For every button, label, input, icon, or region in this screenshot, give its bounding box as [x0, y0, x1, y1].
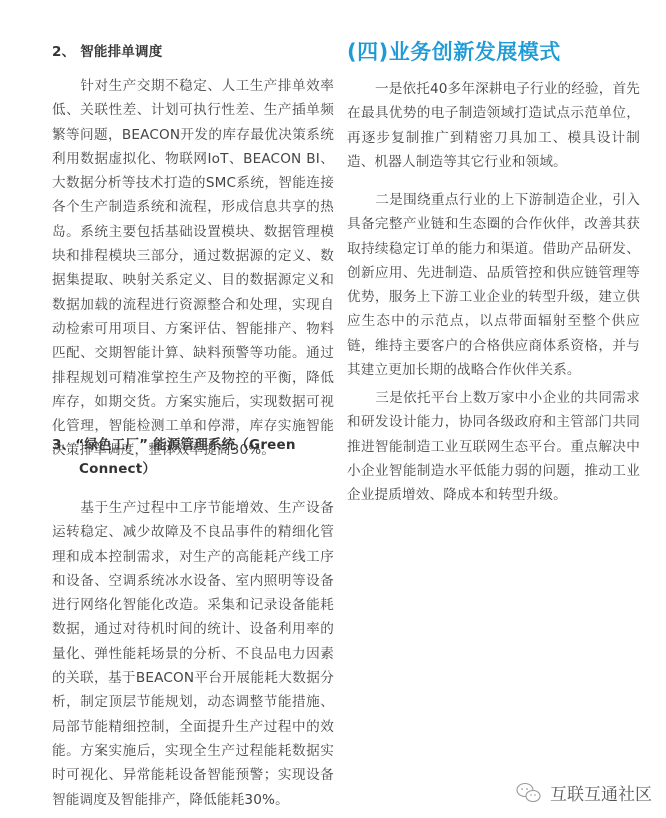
section-3-heading-line1: 3、“绿色工厂” 能源管理系统（Green — [52, 433, 296, 453]
right-paragraph-3: 三是依托平台上数万家中小企业的共同需求和研发设计能力，协同各级政府和主管部门共同… — [347, 386, 640, 507]
watermark-text: 互联互通社区 — [550, 780, 652, 805]
section-title: (四)业务创新发展模式 — [347, 36, 561, 66]
watermark: 互联互通社区 — [516, 780, 652, 805]
right-paragraph-1-text: 一是依托40多年深耕电子行业的经验，首先在最具优势的电子制造领域打造试点示范单位… — [347, 81, 640, 170]
right-paragraph-2: 二是围绕重点行业的上下游制造企业，引入具备完整产业链和生态圈的合作伙伴，改善其获… — [347, 188, 640, 382]
right-paragraph-3-text: 三是依托平台上数万家中小企业的共同需求和研发设计能力，协同各级政府和主管部门共同… — [347, 390, 640, 503]
wechat-icon — [516, 782, 542, 804]
section-2-text: 针对生产交期不稳定、人工生产排单效率低、关联性差、计划可执行性差、生产插单频繁等… — [52, 78, 334, 458]
right-paragraph-2-text: 二是围绕重点行业的上下游制造企业，引入具备完整产业链和生态圈的合作伙伴，改善其获… — [347, 192, 640, 378]
right-paragraph-1: 一是依托40多年深耕电子行业的经验，首先在最具优势的电子制造领域打造试点示范单位… — [347, 77, 640, 174]
section-3-paragraph: 基于生产过程中工序节能增效、生产设备运转稳定、减少故障及不良品事件的精细化管理和… — [52, 496, 334, 812]
section-2-paragraph: 针对生产交期不稳定、人工生产排单效率低、关联性差、计划可执行性差、生产插单频繁等… — [52, 74, 334, 463]
section-3-heading-line2: Connect） — [79, 457, 156, 477]
section-2-heading: 2、 智能排单调度 — [52, 40, 162, 60]
section-3-text: 基于生产过程中工序节能增效、生产设备运转稳定、减少故障及不良品事件的精细化管理和… — [52, 500, 334, 808]
